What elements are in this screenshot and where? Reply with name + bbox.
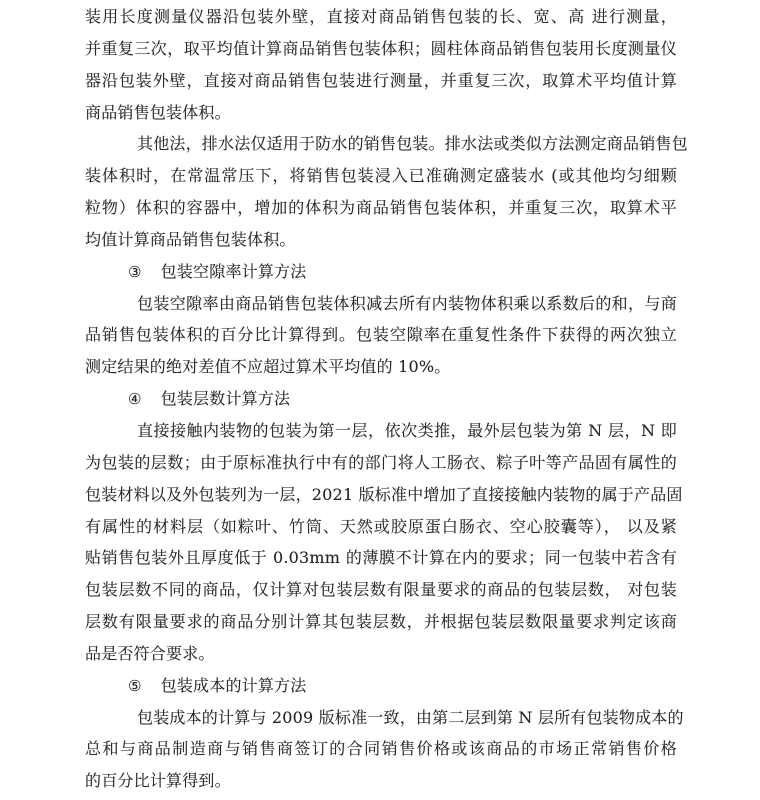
body-text-line: 均值计算商品销售包装体积。 bbox=[85, 224, 677, 256]
body-text-line: 品是否符合要求。 bbox=[85, 638, 677, 670]
body-text-line: 品销售包装体积的百分比计算得到。包装空隙率在重复性条件下获得的两次独立 bbox=[85, 319, 677, 351]
section-heading-packaging-cost: ⑤包装成本的计算方法 bbox=[85, 670, 677, 702]
body-text-line: 商品销售包装体积。 bbox=[85, 97, 677, 129]
body-text-line: 装体积时，在常温常压下，将销售包装浸入已准确测定盛装水 (或其他均匀细颗 bbox=[85, 160, 677, 192]
circled-number-5-icon: ⑤ bbox=[128, 671, 142, 703]
section-heading-layer-count: ④包装层数计算方法 bbox=[85, 383, 677, 415]
body-text-line: 直接接触内装物的包装为第一层，依次类推，最外层包装为第 N 层，N 即 bbox=[85, 415, 677, 447]
section-heading-void-ratio: ③包装空隙率计算方法 bbox=[85, 256, 677, 288]
text-block: 装用长度测量仪器沿包装外壁，直接对商品销售包装的长、宽、高 进行测量， 并重复三… bbox=[85, 1, 677, 797]
body-text-line: 包装成本的计算与 2009 版标准一致，由第二层到第 N 层所有包装物成本的 bbox=[85, 702, 677, 734]
body-text-line: 包装材料以及外包装列为一层，2021 版标准中增加了直接接触内装物的属于产品固 bbox=[85, 479, 677, 511]
circled-number-4-icon: ④ bbox=[128, 384, 142, 416]
body-text-line: 的百分比计算得到。 bbox=[85, 765, 677, 797]
body-text-line: 层数有限量要求的商品分别计算其包装层数，并根据包装层数限量要求判定该商 bbox=[85, 606, 677, 638]
body-text-line: 粒物）体积的容器中，增加的体积为商品销售包装体积，并重复三次，取算术平 bbox=[85, 192, 677, 224]
body-text-line: 包装层数不同的商品，仅计算对包装层数有限量要求的商品的包装层数， 对包装 bbox=[85, 574, 677, 606]
circled-number-3-icon: ③ bbox=[128, 257, 142, 289]
body-text-line: 器沿包装外壁，直接对商品销售包装进行测量，并重复三次，取算术平均值计算 bbox=[85, 65, 677, 97]
body-text-line: 为包装的层数；由于原标准执行中有的部门将人工肠衣、粽子叶等产品固有属性的 bbox=[85, 447, 677, 479]
body-text-line: 有属性的材料层（如粽叶、竹筒、天然或胶原蛋白肠衣、空心胶囊等）， 以及紧 bbox=[85, 511, 677, 543]
body-text-line: 其他法，排水法仅适用于防水的销售包装。排水法或类似方法测定商品销售包 bbox=[85, 128, 677, 160]
section-heading-title: 包装空隙率计算方法 bbox=[161, 262, 307, 281]
body-text-line: 贴销售包装外且厚度低于 0.03mm 的薄膜不计算在内的要求；同一包装中若含有 bbox=[85, 542, 677, 574]
body-text-line: 总和与商品制造商与销售商签订的合同销售价格或该商品的市场正常销售价格 bbox=[85, 733, 677, 765]
section-heading-title: 包装层数计算方法 bbox=[161, 389, 291, 408]
section-heading-title: 包装成本的计算方法 bbox=[161, 676, 307, 695]
body-text-line: 装用长度测量仪器沿包装外壁，直接对商品销售包装的长、宽、高 进行测量， bbox=[85, 1, 677, 33]
body-text-line: 包装空隙率由商品销售包装体积减去所有内装物体积乘以系数后的和，与商 bbox=[85, 288, 677, 320]
body-text-line: 测定结果的绝对差值不应超过算术平均值的 10%。 bbox=[85, 351, 677, 383]
document-page: 装用长度测量仪器沿包装外壁，直接对商品销售包装的长、宽、高 进行测量， 并重复三… bbox=[0, 0, 760, 800]
body-text-line: 并重复三次，取平均值计算商品销售包装体积；圆柱体商品销售包装用长度测量仪 bbox=[85, 33, 677, 65]
